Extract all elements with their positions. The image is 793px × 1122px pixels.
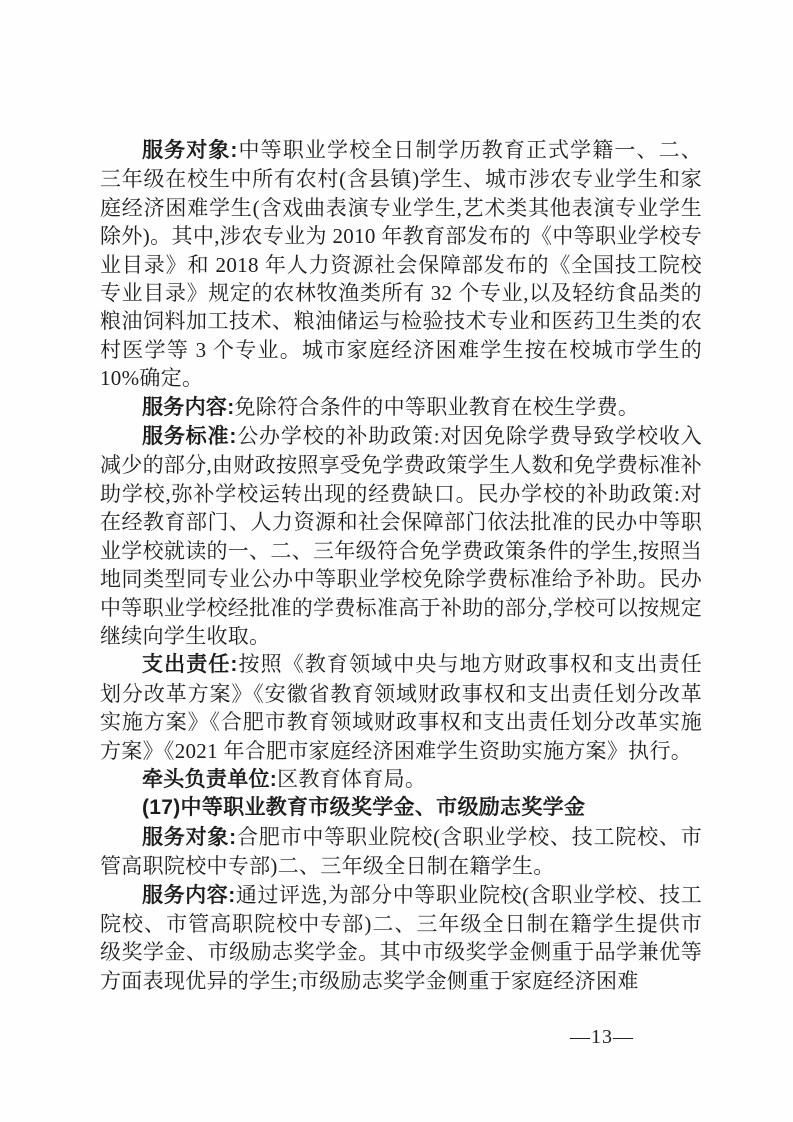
section-heading-17: (17)中等职业教育市级奖学金、市级励志奖学金 (100, 794, 702, 822)
document-page: 服务对象:中等职业学校全日制学历教育正式学籍一、二、三年级在校生中所有农村(含县… (0, 0, 793, 1122)
field-label: 服务内容: (142, 884, 236, 907)
paragraph-text: 中等职业学校全日制学历教育正式学籍一、二、三年级在校生中所有农村(含县镇)学生、… (100, 138, 702, 390)
paragraph-text: 区教育体育局。 (277, 767, 426, 791)
field-label: 服务对象: (142, 826, 236, 849)
paragraph-service-content-17: 服务内容:通过评选,为部分中等职业院校(含职业学校、技工院校、市管高职院校中专部… (100, 881, 702, 996)
paragraph-text: 公办学校的补助政策:对因免除学费导致学校收入减少的部分,由财政按照享受免学费政策… (100, 424, 702, 648)
paragraph-text: 免除符合条件的中等职业教育在校生学费。 (235, 395, 640, 419)
field-label: 牵头负责单位: (142, 768, 277, 791)
field-label: 服务对象: (142, 139, 238, 162)
field-label: 支出责任: (142, 653, 238, 676)
section-heading-text: (17)中等职业教育市级奖学金、市级励志奖学金 (142, 796, 585, 819)
paragraph-service-standard: 服务标准:公办学校的补助政策:对因免除学费导致学校收入减少的部分,由财政按照享受… (100, 422, 702, 650)
paragraph-service-target: 服务对象:中等职业学校全日制学历教育正式学籍一、二、三年级在校生中所有农村(含县… (100, 136, 702, 393)
page-number: —13— (570, 1026, 634, 1049)
field-label: 服务标准: (142, 425, 237, 448)
paragraph-expenditure-responsibility: 支出责任:按照《教育领域中央与地方财政事权和支出责任划分改革方案》《安徽省教育领… (100, 650, 702, 765)
paragraph-service-target-17: 服务对象:合肥市中等职业院校(含职业学校、技工院校、市管高职院校中专部)二、三年… (100, 823, 702, 881)
paragraph-lead-unit: 牵头负责单位:区教育体育局。 (100, 765, 702, 794)
document-body: 服务对象:中等职业学校全日制学历教育正式学籍一、二、三年级在校生中所有农村(含县… (100, 136, 702, 995)
field-label: 服务内容: (142, 396, 235, 419)
paragraph-service-content: 服务内容:免除符合条件的中等职业教育在校生学费。 (100, 393, 702, 422)
